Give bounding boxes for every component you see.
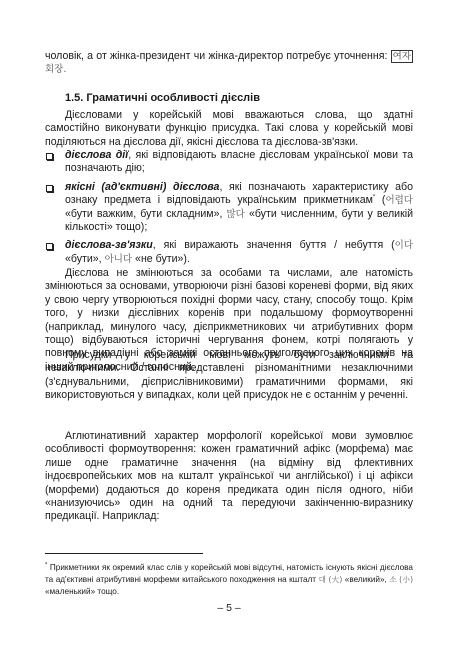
list-item: якісні (ад'єктивні) дієслова, які познач… <box>45 181 413 235</box>
page-number: – 5 – <box>45 602 413 614</box>
paragraph-agglutination: Аглютинативний характер морфології корей… <box>45 430 413 524</box>
gloss-text: «маленький» тощо. <box>45 587 119 596</box>
korean-example: 이다 <box>395 240 413 251</box>
korean-example: 대 (大) <box>319 575 343 584</box>
footnote-divider <box>45 553 203 554</box>
section-heading: 1.5. Граматичні особливості дієслів <box>65 92 260 104</box>
checkbox-bullet-icon <box>46 185 53 192</box>
korean-example: 소 (小) <box>389 575 413 584</box>
list-term: дієслова дії <box>65 149 128 161</box>
korean-example: 어렵다 <box>385 195 413 206</box>
gloss-text: «бути», <box>65 253 105 265</box>
verb-types-list: дієслова дії, які відповідають власне ді… <box>45 149 413 271</box>
intro-paragraph: Дієсловами у корейській мові вважаються … <box>45 109 413 149</box>
checkbox-bullet-icon <box>46 153 53 160</box>
gloss-text: «великий», <box>342 575 389 584</box>
continued-paragraph: чоловік, а от жінка-президент чи жінка-д… <box>45 50 413 77</box>
footnote: * Прикметники як окремий клас слів у кор… <box>45 562 413 598</box>
gloss-text: «бути важким, бути складним», <box>65 208 227 220</box>
korean-example: 많다 <box>227 209 245 220</box>
list-item: дієслова дії, які відповідають власне ді… <box>45 149 413 176</box>
paragraph-predicates: Присудки у корейській мові можуть бути з… <box>45 349 413 403</box>
gloss-text: «не бути»). <box>132 253 190 265</box>
korean-example: 아니다 <box>105 254 133 265</box>
list-text: ( <box>375 194 385 206</box>
paragraph-text: чоловік, а от жінка-президент чи жінка-д… <box>45 50 391 62</box>
list-item: дієслова-зв'язки, які виражають значення… <box>45 239 413 266</box>
boxed-korean-word: 여자 <box>391 50 413 63</box>
korean-text: 회장. <box>45 64 66 75</box>
checkbox-bullet-icon <box>46 243 53 250</box>
list-term: якісні (ад'єктивні) дієслова <box>65 181 219 193</box>
list-term: дієслова-зв'язки <box>65 239 153 251</box>
list-text: , які виражають значення буття / небуття… <box>153 239 395 251</box>
